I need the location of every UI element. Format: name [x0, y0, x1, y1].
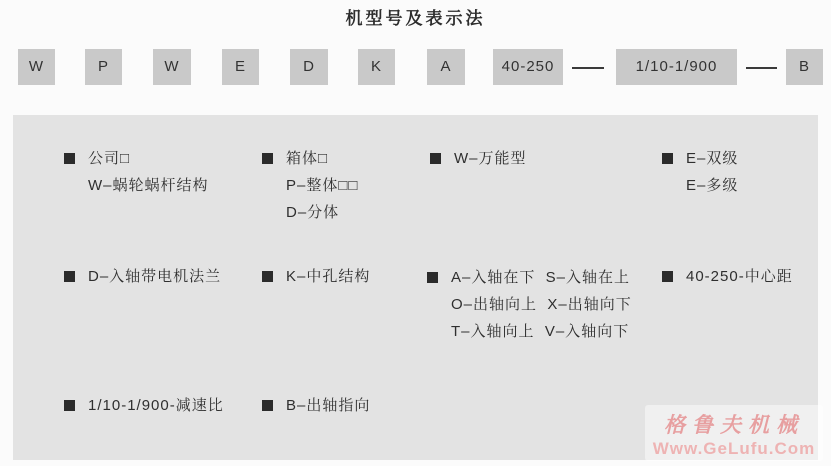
- legend-line: D–入轴带电机法兰: [88, 263, 221, 290]
- legend-line: 1/10-1/900-减速比: [88, 392, 224, 419]
- legend-line: T–入轴向上 V–入轴向下: [451, 318, 632, 345]
- watermark-brand: 格鲁夫机械: [645, 409, 823, 439]
- watermark-site: Www.GeLufu.Com: [645, 439, 823, 459]
- legend-line: A–入轴在下 S–入轴在上: [451, 264, 632, 291]
- bullet-square-icon: [262, 153, 273, 164]
- legend-item-output-direction: B–出轴指向: [262, 392, 370, 419]
- bullet-square-icon: [262, 400, 273, 411]
- watermark: 格鲁夫机械 Www.GeLufu.Com: [645, 405, 823, 461]
- legend-line: K–中孔结构: [286, 263, 370, 290]
- legend-item-center-distance: 40-250-中心距: [662, 263, 793, 290]
- legend-item-ratio: 1/10-1/900-减速比: [64, 392, 224, 419]
- legend-line: 40-250-中心距: [686, 263, 793, 290]
- page-title: 机型号及表示法: [0, 4, 831, 29]
- legend-item-hollow-bore: K–中孔结构: [262, 263, 370, 290]
- code-box-housing: P: [85, 49, 122, 85]
- bullet-square-icon: [427, 272, 438, 283]
- code-box-center-distance: 40-250: [493, 49, 563, 85]
- code-box-company: W: [18, 49, 55, 85]
- code-box-ratio: 1/10-1/900: [616, 49, 737, 85]
- legend-line: 公司□: [88, 145, 209, 172]
- legend-line: W–万能型: [454, 145, 527, 172]
- legend-item-company: 公司□ W–蜗轮蜗杆结构: [64, 145, 209, 199]
- catalog-page: 机型号及表示法 W P W E D K A 40-250 1/10-1/900 …: [0, 0, 831, 466]
- code-box-type: W: [153, 49, 191, 85]
- legend-line: E–多级: [686, 172, 738, 199]
- dash-connector: [746, 67, 777, 69]
- bullet-square-icon: [64, 271, 75, 282]
- code-box-flange: D: [290, 49, 328, 85]
- code-box-stage: E: [222, 49, 259, 85]
- legend-line: W–蜗轮蜗杆结构: [88, 172, 209, 199]
- bullet-square-icon: [662, 271, 673, 282]
- bullet-square-icon: [64, 153, 75, 164]
- bullet-square-icon: [64, 400, 75, 411]
- legend-item-motor-flange: D–入轴带电机法兰: [64, 263, 221, 290]
- legend-item-universal: W–万能型: [430, 145, 527, 172]
- code-box-orientation: A: [427, 49, 465, 85]
- legend-item-stage: E–双级 E–多级: [662, 145, 738, 199]
- legend-line: B–出轴指向: [286, 392, 370, 419]
- legend-line: D–分体: [286, 199, 358, 226]
- legend-line: E–双级: [686, 145, 738, 172]
- legend-line: 箱体□: [286, 145, 358, 172]
- legend-item-shaft-orientation: A–入轴在下 S–入轴在上 O–出轴向上 X–出轴向下 T–入轴向上 V–入轴向…: [427, 264, 632, 345]
- bullet-square-icon: [262, 271, 273, 282]
- legend-line: O–出轴向上 X–出轴向下: [451, 291, 632, 318]
- legend-item-housing: 箱体□ P–整体□□ D–分体: [262, 145, 358, 226]
- dash-connector: [572, 67, 604, 69]
- bullet-square-icon: [430, 153, 441, 164]
- code-box-hollow: K: [358, 49, 395, 85]
- code-box-output-direction: B: [786, 49, 823, 85]
- bullet-square-icon: [662, 153, 673, 164]
- legend-line: P–整体□□: [286, 172, 358, 199]
